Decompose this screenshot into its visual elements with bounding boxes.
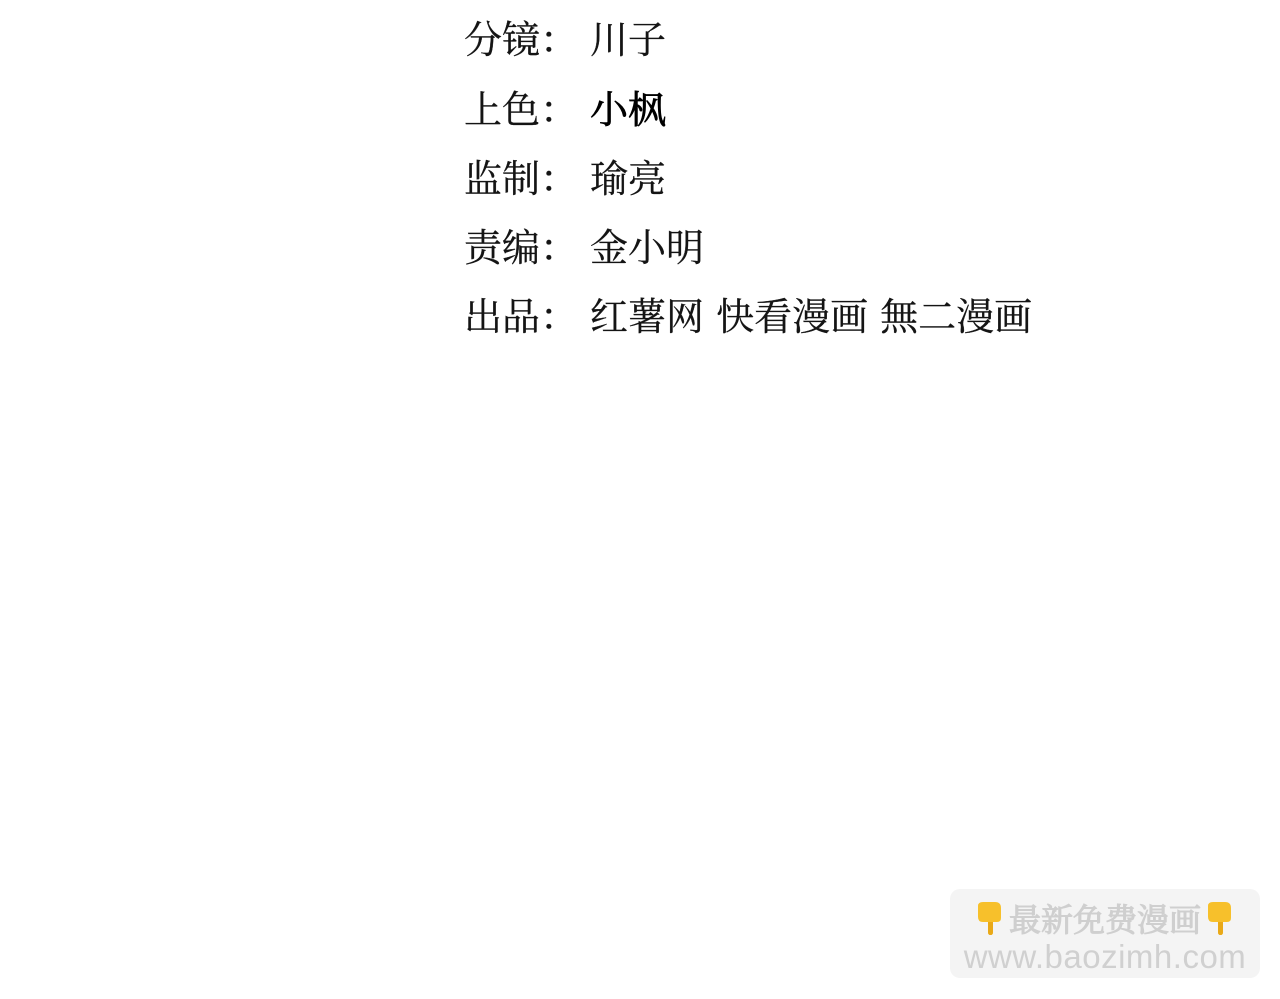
- credit-row-publisher: 出品： 红薯网 快看漫画 無二漫画: [464, 291, 1032, 343]
- credit-value: 小枫: [590, 84, 666, 136]
- credit-label: 出品：: [464, 291, 590, 343]
- credit-label: 上色：: [464, 84, 590, 136]
- credit-row-editor: 责编： 金小明: [464, 222, 704, 274]
- watermark-url[interactable]: www.baozimh.com: [950, 939, 1260, 975]
- credit-label: 分镜：: [464, 14, 590, 66]
- credit-row-coloring: 上色： 小枫: [464, 84, 666, 136]
- pointing-down-hand-icon: [1205, 900, 1235, 936]
- credit-value: 川子: [590, 14, 666, 66]
- credit-row-storyboard: 分镜： 川子: [464, 14, 666, 66]
- credit-row-supervisor: 监制： 瑜亮: [464, 153, 666, 205]
- credit-value: 金小明: [590, 222, 704, 274]
- credit-label: 监制：: [464, 153, 590, 205]
- watermark-headline-row: 最新免费漫画: [950, 897, 1260, 939]
- pointing-down-hand-icon: [975, 900, 1005, 936]
- credit-label: 责编：: [464, 222, 590, 274]
- credit-value: 红薯网 快看漫画 無二漫画: [590, 291, 1032, 343]
- watermark-badge[interactable]: 最新免费漫画 www.baozimh.com: [950, 889, 1260, 978]
- watermark-headline: 最新免费漫画: [1009, 895, 1201, 941]
- credit-value: 瑜亮: [590, 153, 666, 205]
